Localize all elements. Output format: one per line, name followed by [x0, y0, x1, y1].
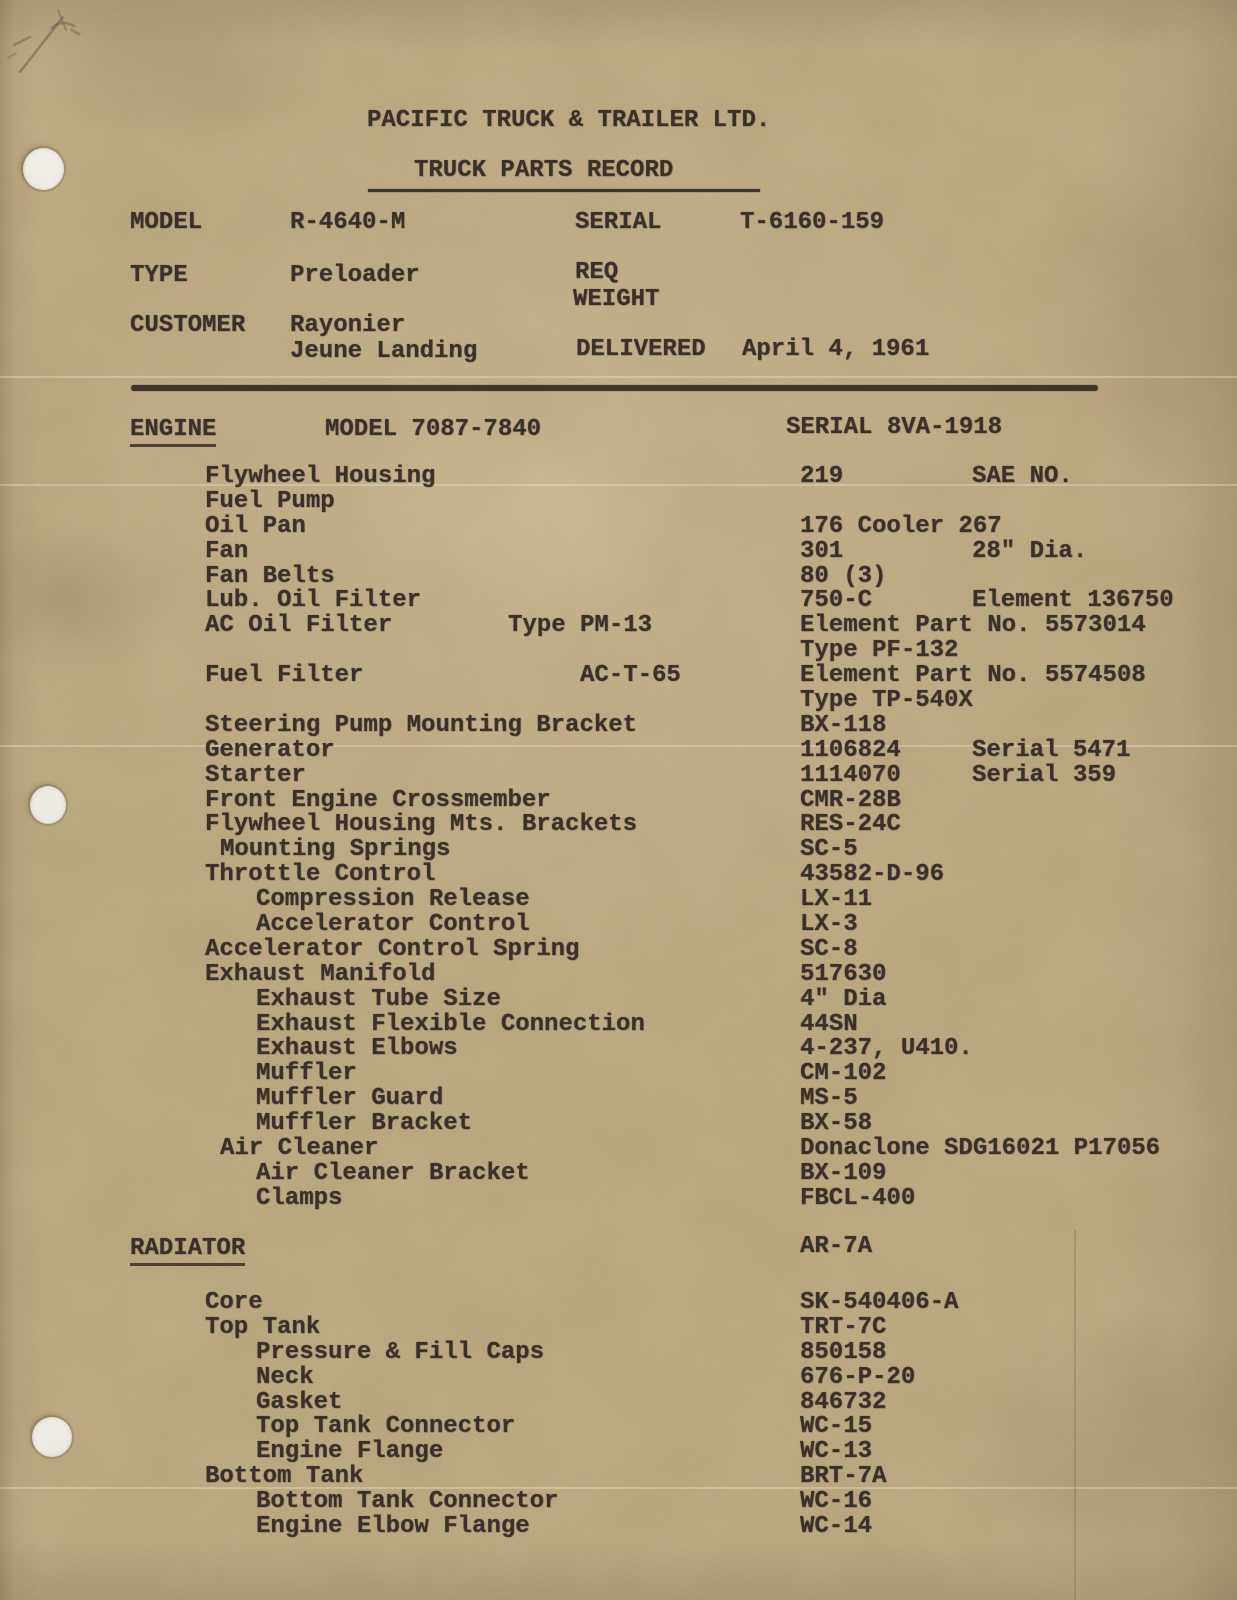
- part-label: Generator: [205, 739, 335, 764]
- part-label: Front Engine Crossmember: [205, 789, 551, 814]
- part-label: Exhaust Elbows: [256, 1037, 458, 1062]
- part-value: 517630: [800, 963, 886, 988]
- part-label: Mounting Springs: [220, 838, 450, 863]
- part-value: 4-237, U410.: [800, 1037, 973, 1062]
- parts-row: Fan Belts80 (3): [0, 565, 1237, 590]
- parts-row: Muffler GuardMS-5: [0, 1087, 1237, 1112]
- part-label: Muffler Bracket: [256, 1112, 472, 1137]
- part-label: Neck: [256, 1366, 314, 1391]
- part-label: Steering Pump Mounting Bracket: [205, 714, 637, 739]
- req-label: REQ: [575, 260, 618, 285]
- delivered-label: DELIVERED: [576, 337, 706, 362]
- part-extra-value: Serial 359: [972, 764, 1116, 789]
- part-value: RES-24C: [800, 813, 901, 838]
- parts-row: Fuel FilterAC-T-65Element Part No. 55745…: [0, 664, 1237, 689]
- part-label: Top Tank: [205, 1316, 320, 1341]
- customer-name: Rayonier: [290, 313, 405, 338]
- part-value: Type TP-540X: [800, 689, 973, 714]
- parts-row: Compression ReleaseLX-11: [0, 888, 1237, 913]
- part-value: 80 (3): [800, 565, 886, 590]
- model-value: R-4640-M: [290, 210, 405, 235]
- parts-row: Air CleanerDonaclone SDG16021 P17056: [0, 1137, 1237, 1162]
- part-value: 44SN: [800, 1013, 858, 1038]
- parts-row: Pressure & Fill Caps850158: [0, 1341, 1237, 1366]
- part-value: SC-8: [800, 938, 858, 963]
- parts-row: Type PF-132: [0, 639, 1237, 664]
- parts-row: Top Tank ConnectorWC-15: [0, 1415, 1237, 1440]
- serial-value: T-6160-159: [740, 210, 884, 235]
- type-value: Preloader: [290, 263, 420, 288]
- parts-row: Fan30128" Dia.: [0, 540, 1237, 565]
- part-value: Donaclone SDG16021 P17056: [800, 1137, 1160, 1162]
- parts-row: Oil Pan176 Cooler 267: [0, 515, 1237, 540]
- part-label: Fan: [205, 540, 248, 565]
- radiator-value: AR-7A: [800, 1234, 872, 1259]
- part-label: Muffler Guard: [256, 1087, 443, 1112]
- parts-row: Front Engine CrossmemberCMR-28B: [0, 789, 1237, 814]
- parts-row: CoreSK-540406-A: [0, 1291, 1237, 1316]
- part-label: Exhaust Tube Size: [256, 988, 501, 1013]
- parts-row: Muffler BracketBX-58: [0, 1112, 1237, 1137]
- part-mid-value: Type PM-13: [508, 614, 652, 639]
- part-value: 43582-D-96: [800, 863, 944, 888]
- part-label: Fuel Pump: [205, 490, 335, 515]
- part-label: Flywheel Housing Mts. Brackets: [205, 813, 637, 838]
- part-value: TRT-7C: [800, 1316, 886, 1341]
- part-value: Type PF-132: [800, 639, 958, 664]
- part-value: 219: [800, 465, 843, 490]
- part-label: Pressure & Fill Caps: [256, 1341, 544, 1366]
- parts-row: Exhaust Flexible Connection44SN: [0, 1013, 1237, 1038]
- parts-row: Steering Pump Mounting BracketBX-118: [0, 714, 1237, 739]
- parts-row: Gasket846732: [0, 1391, 1237, 1416]
- parts-row: Top TankTRT-7C: [0, 1316, 1237, 1341]
- parts-row: Flywheel Housing219SAE NO.: [0, 465, 1237, 490]
- parts-row: Mounting SpringsSC-5: [0, 838, 1237, 863]
- weight-label: WEIGHT: [573, 287, 659, 312]
- part-label: Engine Flange: [256, 1440, 443, 1465]
- part-value: 176 Cooler 267: [800, 515, 1002, 540]
- part-value: Element Part No. 5574508: [800, 664, 1146, 689]
- company-title: PACIFIC TRUCK & TRAILER LTD.: [367, 108, 770, 133]
- parts-row: ClampsFBCL-400: [0, 1187, 1237, 1212]
- part-value: BX-58: [800, 1112, 872, 1137]
- parts-row: Accelerator ControlLX-3: [0, 913, 1237, 938]
- part-value: CM-102: [800, 1062, 886, 1087]
- parts-row: Exhaust Elbows4-237, U410.: [0, 1037, 1237, 1062]
- parts-row: Engine FlangeWC-13: [0, 1440, 1237, 1465]
- parts-row: Neck676-P-20: [0, 1366, 1237, 1391]
- engine-serial: SERIAL 8VA-1918: [786, 415, 1002, 440]
- radiator-parts-list: CoreSK-540406-ATop TankTRT-7CPressure & …: [0, 1291, 1237, 1540]
- part-mid-value: AC-T-65: [580, 664, 681, 689]
- engine-parts-list: Flywheel Housing219SAE NO.Fuel PumpOil P…: [0, 465, 1237, 1212]
- parts-row: Fuel Pump: [0, 490, 1237, 515]
- parts-row: Starter1114070Serial 359: [0, 764, 1237, 789]
- part-value: BRT-7A: [800, 1465, 886, 1490]
- parts-row: Generator1106824Serial 5471: [0, 739, 1237, 764]
- parts-row: Throttle Control43582-D-96: [0, 863, 1237, 888]
- part-value: 301: [800, 540, 843, 565]
- serial-label: SERIAL: [575, 210, 661, 235]
- part-value: FBCL-400: [800, 1187, 915, 1212]
- part-value: WC-16: [800, 1490, 872, 1515]
- part-value: SK-540406-A: [800, 1291, 958, 1316]
- part-value: 4" Dia: [800, 988, 886, 1013]
- parts-row: AC Oil FilterType PM-13Element Part No. …: [0, 614, 1237, 639]
- parts-row: MufflerCM-102: [0, 1062, 1237, 1087]
- part-label: Oil Pan: [205, 515, 306, 540]
- part-value: MS-5: [800, 1087, 858, 1112]
- part-value: WC-15: [800, 1415, 872, 1440]
- part-label: Muffler: [256, 1062, 357, 1087]
- part-value: 676-P-20: [800, 1366, 915, 1391]
- parts-row: Air Cleaner BracketBX-109: [0, 1162, 1237, 1187]
- part-value: WC-14: [800, 1515, 872, 1540]
- pencil-scribble: [0, 0, 110, 90]
- part-extra-value: SAE NO.: [972, 465, 1073, 490]
- scan-streak: [0, 376, 1237, 378]
- engine-heading: ENGINE: [130, 417, 216, 442]
- title-underline: [368, 189, 760, 192]
- radiator-heading-text: RADIATOR: [130, 1235, 245, 1266]
- parts-row: Flywheel Housing Mts. BracketsRES-24C: [0, 813, 1237, 838]
- part-label: Fuel Filter: [205, 664, 363, 689]
- parts-row: Lub. Oil Filter750-CElement 136750: [0, 589, 1237, 614]
- parts-row: Exhaust Manifold517630: [0, 963, 1237, 988]
- parts-row: Accelerator Control SpringSC-8: [0, 938, 1237, 963]
- part-extra-value: 28" Dia.: [972, 540, 1087, 565]
- part-value: WC-13: [800, 1440, 872, 1465]
- part-label: Clamps: [256, 1187, 342, 1212]
- part-value: 846732: [800, 1391, 886, 1416]
- model-label: MODEL: [130, 210, 202, 235]
- part-label: Air Cleaner: [220, 1137, 378, 1162]
- part-label: Fan Belts: [205, 565, 335, 590]
- part-extra-value: Serial 5471: [972, 739, 1130, 764]
- customer-location: Jeune Landing: [290, 339, 477, 364]
- part-label: Starter: [205, 764, 306, 789]
- customer-label: CUSTOMER: [130, 313, 245, 338]
- part-label: Gasket: [256, 1391, 342, 1416]
- part-label: Flywheel Housing: [205, 465, 435, 490]
- parts-row: Exhaust Tube Size4" Dia: [0, 988, 1237, 1013]
- part-label: Compression Release: [256, 888, 530, 913]
- part-value: LX-11: [800, 888, 872, 913]
- part-value: 750-C: [800, 589, 872, 614]
- part-value: CMR-28B: [800, 789, 901, 814]
- part-label: Lub. Oil Filter: [205, 589, 421, 614]
- part-value: BX-118: [800, 714, 886, 739]
- scanned-parts-record-page: PACIFIC TRUCK & TRAILER LTD. TRUCK PARTS…: [0, 0, 1237, 1600]
- part-label: Accelerator Control: [256, 913, 530, 938]
- part-label: Bottom Tank: [205, 1465, 363, 1490]
- engine-heading-text: ENGINE: [130, 416, 216, 447]
- part-value: 850158: [800, 1341, 886, 1366]
- parts-row: Type TP-540X: [0, 689, 1237, 714]
- part-label: Core: [205, 1291, 263, 1316]
- part-label: Exhaust Manifold: [205, 963, 435, 988]
- engine-model: MODEL 7087-7840: [325, 417, 541, 442]
- hole-punch-top: [23, 148, 64, 190]
- part-label: Accelerator Control Spring: [205, 938, 579, 963]
- part-label: Throttle Control: [205, 863, 435, 888]
- part-value: Element Part No. 5573014: [800, 614, 1146, 639]
- part-value: LX-3: [800, 913, 858, 938]
- parts-row: Bottom TankBRT-7A: [0, 1465, 1237, 1490]
- document-title: TRUCK PARTS RECORD: [414, 158, 673, 183]
- parts-row: Bottom Tank ConnectorWC-16: [0, 1490, 1237, 1515]
- part-value: 1114070: [800, 764, 901, 789]
- part-label: Exhaust Flexible Connection: [256, 1013, 645, 1038]
- part-extra-value: Element 136750: [972, 589, 1174, 614]
- part-value: 1106824: [800, 739, 901, 764]
- parts-row: Engine Elbow FlangeWC-14: [0, 1515, 1237, 1540]
- part-label: Bottom Tank Connector: [256, 1490, 558, 1515]
- section-divider: [131, 385, 1098, 391]
- type-label: TYPE: [130, 263, 188, 288]
- part-label: Air Cleaner Bracket: [256, 1162, 530, 1187]
- delivered-value: April 4, 1961: [742, 337, 929, 362]
- part-value: SC-5: [800, 838, 858, 863]
- radiator-heading: RADIATOR: [130, 1236, 245, 1261]
- part-label: Top Tank Connector: [256, 1415, 515, 1440]
- part-label: AC Oil Filter: [205, 614, 392, 639]
- part-label: Engine Elbow Flange: [256, 1515, 530, 1540]
- part-value: BX-109: [800, 1162, 886, 1187]
